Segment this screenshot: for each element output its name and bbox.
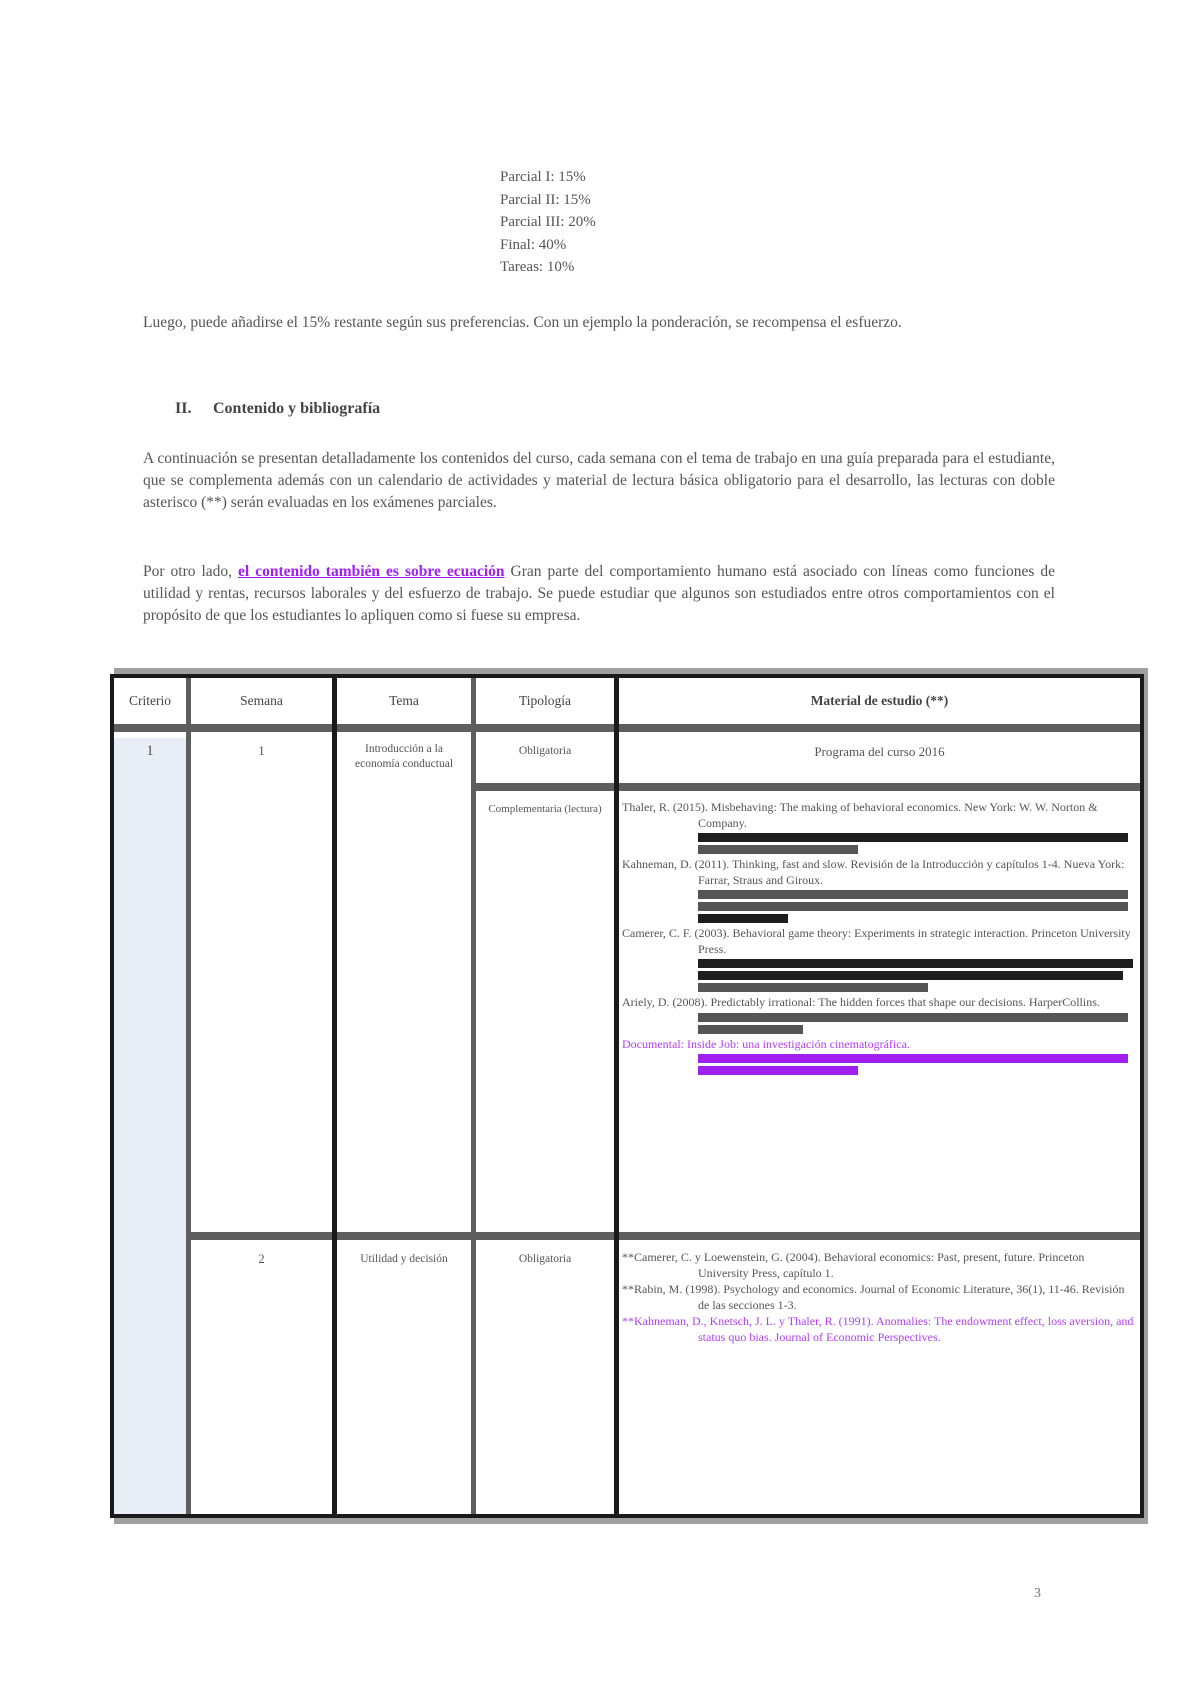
- grade-item: Final: 40%: [500, 234, 596, 257]
- row1-tema: Introducción a la economía conductual: [346, 742, 462, 772]
- redaction-bar: [698, 890, 1128, 899]
- row1-tipologia-b: Complementaria (lectura): [482, 802, 608, 817]
- redaction-bar: [698, 971, 1123, 980]
- reference-item-link[interactable]: Documental: Inside Job: una investigació…: [622, 1037, 1138, 1076]
- reference-item: Camerer, C. F. (2003). Behavioral game t…: [622, 926, 1138, 992]
- reference-item-link[interactable]: **Kahneman, D., Knetsch, J. L. y Thaler,…: [622, 1314, 1138, 1345]
- redaction-bar: [698, 902, 1128, 911]
- paragraph-prefix: Por otro lado,: [143, 563, 232, 580]
- row2-semana: 2: [191, 1252, 332, 1267]
- paragraph-weighting: Luego, puede añadirse el 15% restante se…: [143, 312, 1055, 334]
- redaction-bar: [698, 1054, 1128, 1063]
- content-link[interactable]: el contenido también es sobre ecuación: [238, 563, 504, 580]
- section-number: II.: [175, 400, 213, 418]
- section-title: Contenido y bibliografía: [213, 400, 380, 417]
- redaction-bar: [698, 1013, 1128, 1022]
- redaction-bar: [698, 1066, 858, 1075]
- header-tema: Tema: [337, 693, 471, 708]
- header-material: Material de estudio (**): [619, 693, 1140, 708]
- paragraph-behavior: Por otro lado, el contenido también es s…: [143, 561, 1055, 627]
- row1-references: Thaler, R. (2015). Misbehaving: The maki…: [622, 800, 1138, 1078]
- grade-item: Parcial III: 20%: [500, 211, 596, 234]
- section-heading: II.Contenido y bibliografía: [175, 400, 380, 418]
- row1-semana: 1: [191, 744, 332, 759]
- redaction-bar: [698, 1025, 803, 1034]
- col-divider: [614, 678, 619, 1514]
- criterio-column-fill: [114, 738, 189, 1514]
- page-number: 3: [1034, 1586, 1041, 1602]
- reference-item: Thaler, R. (2015). Misbehaving: The maki…: [622, 800, 1138, 854]
- row1-material-a: Programa del curso 2016: [619, 744, 1140, 759]
- grade-item: Parcial II: 15%: [500, 189, 596, 212]
- row1-criterio: 1: [114, 744, 186, 759]
- header-tipologia: Tipología: [476, 693, 614, 708]
- syllabus-table: Criterio Semana Tema Tipología Material …: [110, 674, 1144, 1518]
- col-divider: [186, 678, 191, 1514]
- row2-tipologia: Obligatoria: [482, 1252, 608, 1267]
- grade-breakdown-list: Parcial I: 15% Parcial II: 15% Parcial I…: [500, 166, 596, 279]
- redaction-bar: [698, 914, 788, 923]
- redaction-bar: [698, 833, 1128, 842]
- row1-tipologia-a: Obligatoria: [482, 744, 608, 759]
- reference-item: Kahneman, D. (2011). Thinking, fast and …: [622, 857, 1138, 923]
- paragraph-contents-intro: A continuación se presentan detalladamen…: [143, 448, 1055, 514]
- reference-item: Ariely, D. (2008). Predictably irrationa…: [622, 995, 1138, 1034]
- grade-item: Parcial I: 15%: [500, 166, 596, 189]
- redaction-bar: [698, 983, 928, 992]
- header-semana: Semana: [191, 693, 332, 708]
- col-divider: [332, 678, 337, 1514]
- reference-item: **Camerer, C. y Loewenstein, G. (2004). …: [622, 1250, 1138, 1281]
- redaction-bar: [698, 845, 858, 854]
- redaction-bar: [698, 959, 1133, 968]
- grade-item: Tareas: 10%: [500, 256, 596, 279]
- row2-references: **Camerer, C. y Loewenstein, G. (2004). …: [622, 1250, 1138, 1346]
- document-page: Parcial I: 15% Parcial II: 15% Parcial I…: [0, 0, 1192, 1684]
- header-divider: [114, 724, 1140, 732]
- col-divider: [471, 678, 476, 1514]
- reference-item: **Rabin, M. (1998). Psychology and econo…: [622, 1282, 1138, 1313]
- row2-tema: Utilidad y decisión: [346, 1252, 462, 1267]
- subrow-divider: [473, 783, 1140, 791]
- header-criterio: Criterio: [114, 693, 186, 708]
